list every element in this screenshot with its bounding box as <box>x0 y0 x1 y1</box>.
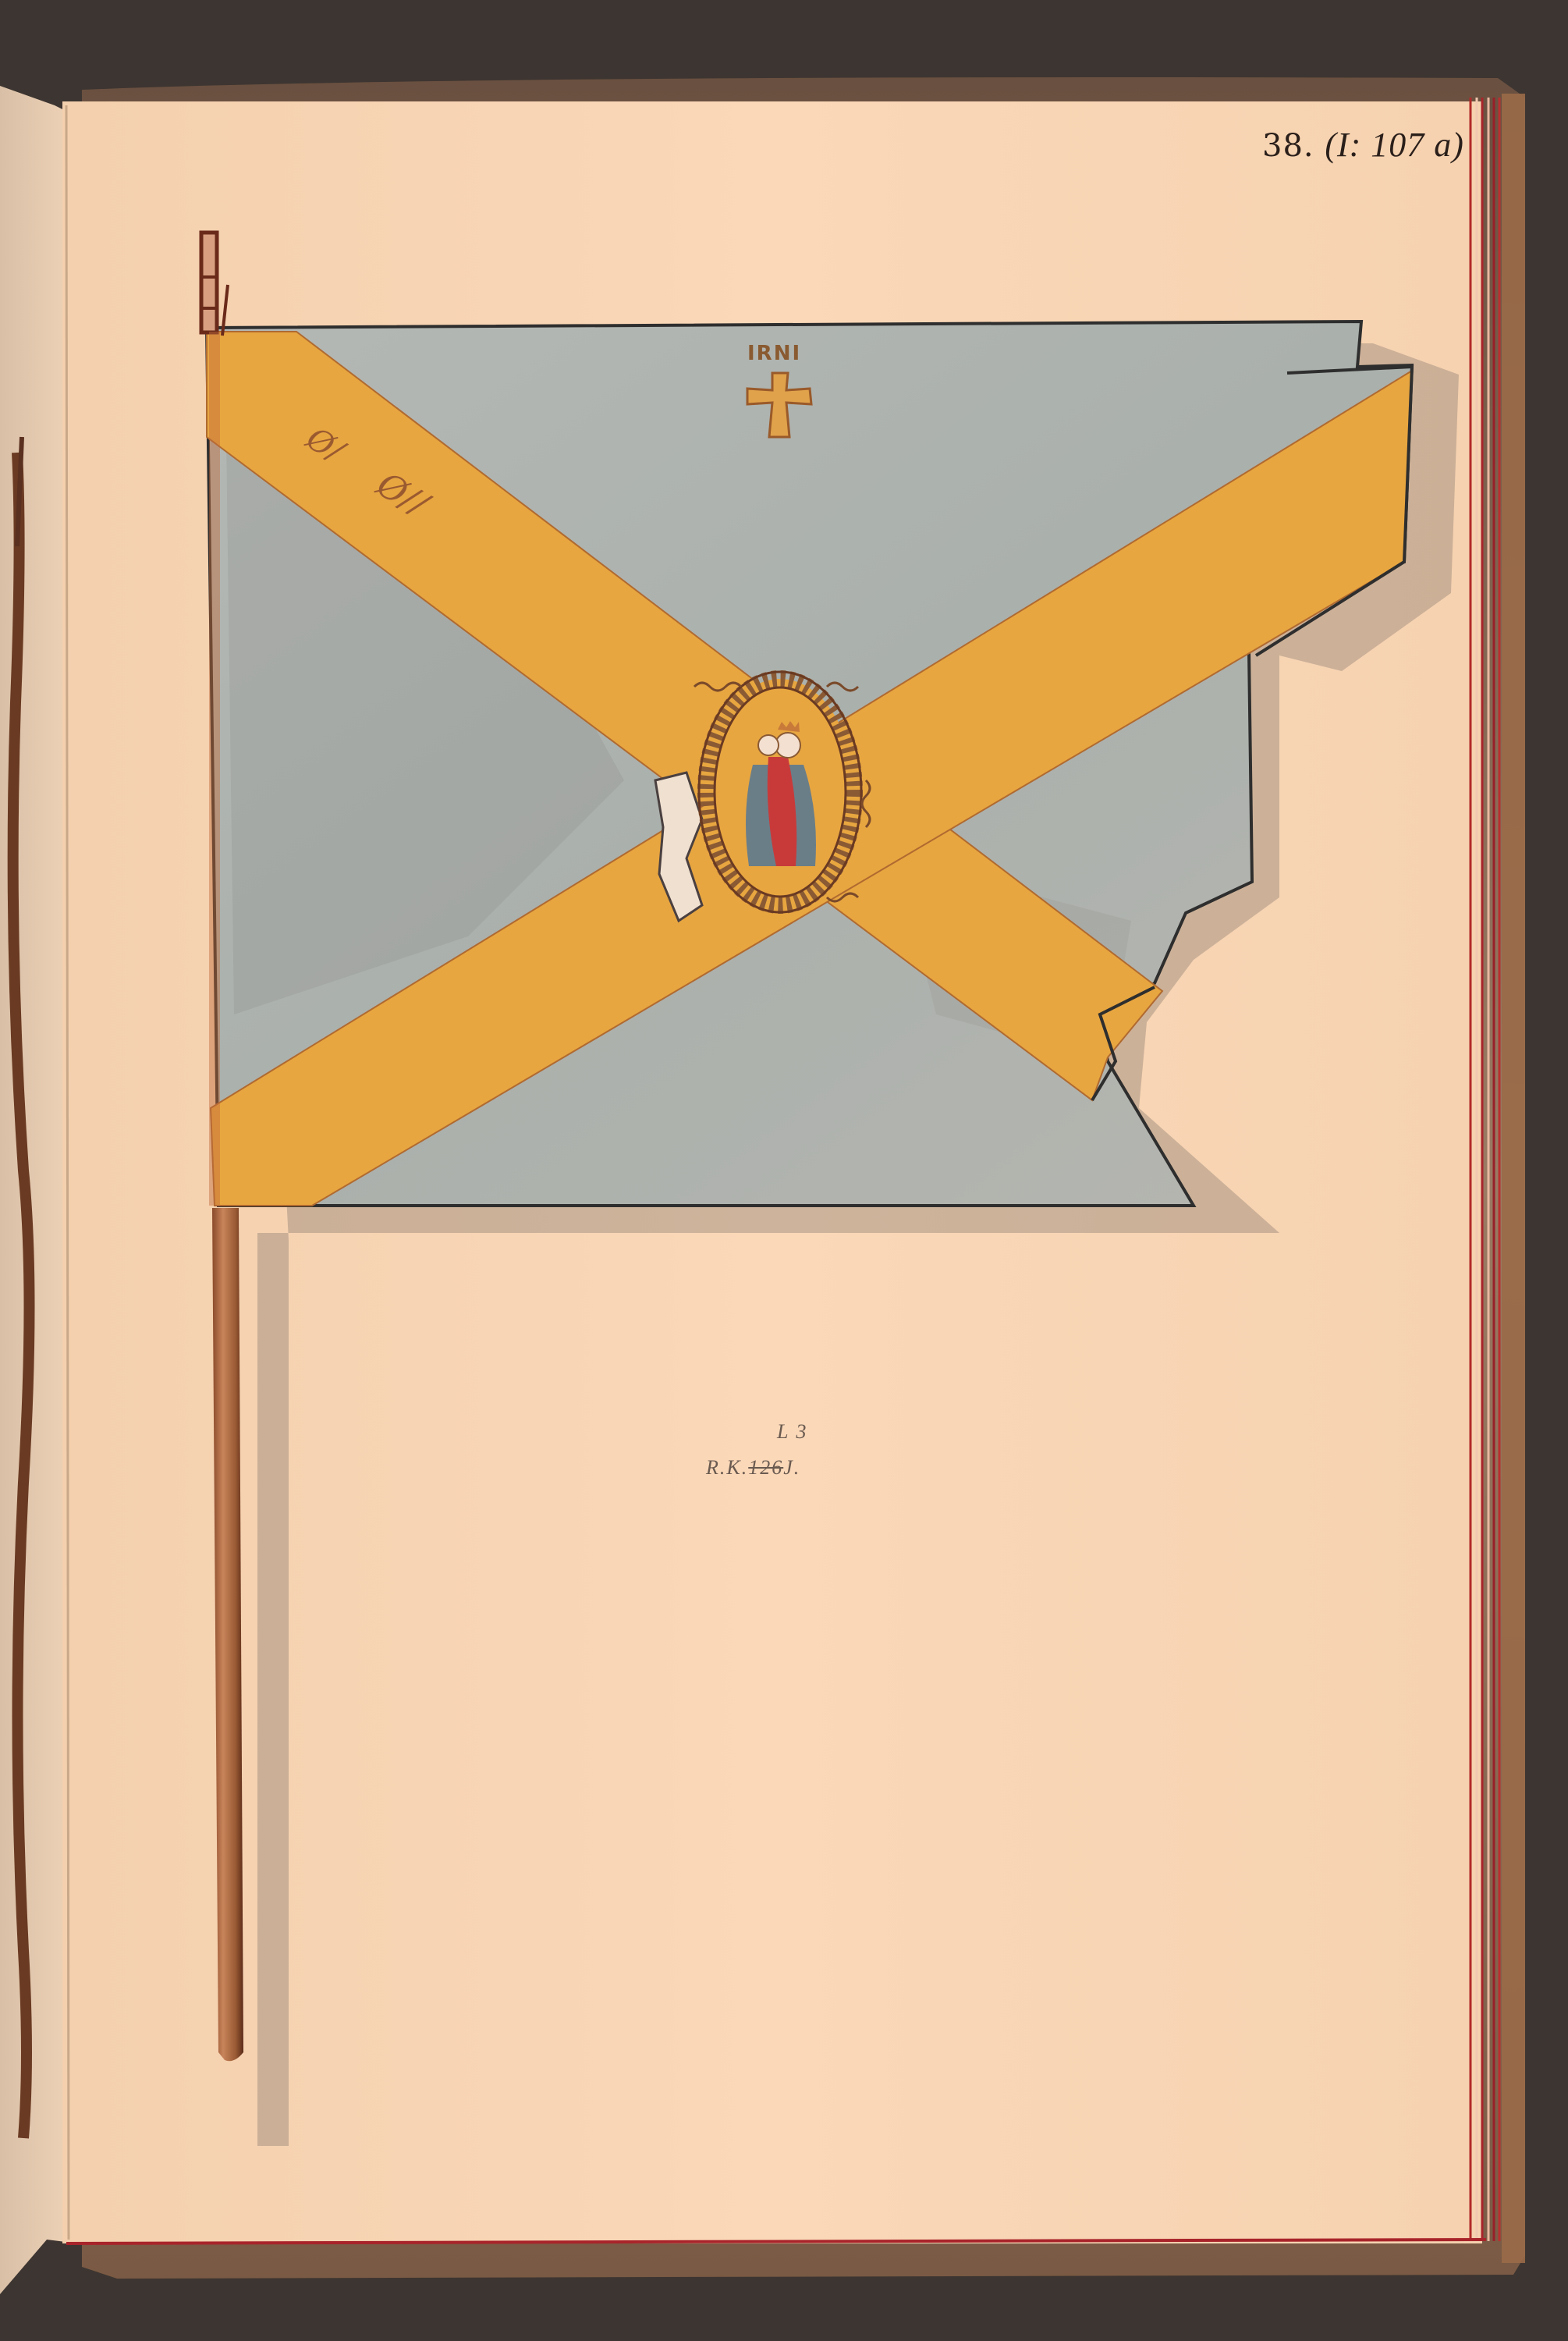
catalogue-mark-l3: L 3 <box>777 1420 808 1444</box>
catalogue-mark-rk: R.K.126J. <box>706 1456 800 1480</box>
binding-right <box>1502 94 1525 2263</box>
rk-suffix: J. <box>783 1456 800 1479</box>
flag-inscription: IRNI <box>747 342 801 365</box>
pole-under-flag <box>209 332 220 1206</box>
rk-prefix: R.K. <box>706 1456 748 1479</box>
folio-number-value: 38. <box>1262 128 1314 164</box>
rk-struck-number: 126 <box>748 1456 783 1479</box>
folio-number: 38. (I: 107 a) <box>1262 125 1464 165</box>
folio-reference: (I: 107 a) <box>1325 126 1464 164</box>
